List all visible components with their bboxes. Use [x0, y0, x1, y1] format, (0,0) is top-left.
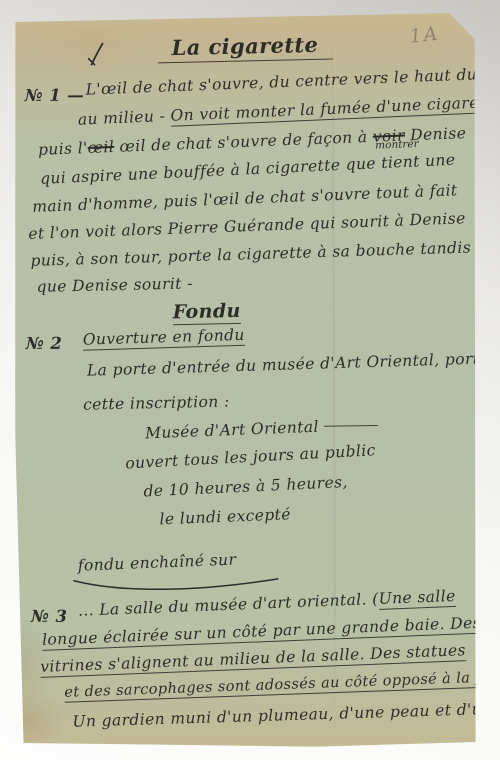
- inscription-line1: Musée d'Art Oriental: [145, 415, 378, 442]
- scene3-line5: Un gardien muni d'un plumeau, d'une peau…: [72, 700, 500, 731]
- check-mark-icon: [86, 42, 108, 72]
- scene1-line6: et l'on voit alors Pierre Guérande qui s…: [28, 209, 466, 243]
- inserted-word: montrer: [375, 139, 419, 151]
- inscription-line2: ouvert tous les jours au public: [125, 441, 376, 472]
- scene2-heading: Ouverture en fondu: [83, 326, 245, 349]
- scene2-line2: cette inscription :: [83, 393, 230, 414]
- struck-word: œil: [87, 138, 114, 157]
- page-label: 1A: [408, 23, 440, 48]
- inscription-line3: de 10 heures à 5 heures,: [143, 473, 348, 500]
- photo-background: 1A La cigarette № 1 — L'œil de chat s'ou…: [0, 0, 500, 760]
- scene1-number: № 1 —: [25, 86, 84, 105]
- edge-tear: [14, 654, 20, 744]
- scene1-line2: au milieu - On voit monter la fumée d'un…: [77, 92, 500, 128]
- scene2-number: № 2: [26, 334, 62, 353]
- scene2-line1: La porte d'entrée du musée d'Art Orienta…: [87, 349, 500, 380]
- scene1-line5: main d'homme, puis l'œil de chat s'ouvre…: [32, 181, 458, 216]
- transition-fondu-enchaine: fondu enchaîné sur: [77, 551, 236, 575]
- scene1-line1: L'œil de chat s'ouvre, du centre vers le…: [85, 63, 500, 99]
- scene1-line8: que Denise sourit -: [36, 275, 193, 296]
- transition-fondu: Fondu: [172, 300, 241, 323]
- scene1-line7: puis, à son tour, porte la cigarette à s…: [30, 238, 471, 269]
- scene3-number: № 3: [31, 607, 67, 626]
- inscription-line4: le lundi excepté: [159, 505, 291, 528]
- manuscript-page: 1A La cigarette № 1 — L'œil de chat s'ou…: [11, 12, 478, 748]
- ink-flourish: [324, 425, 378, 427]
- document-title: La cigarette: [157, 32, 332, 61]
